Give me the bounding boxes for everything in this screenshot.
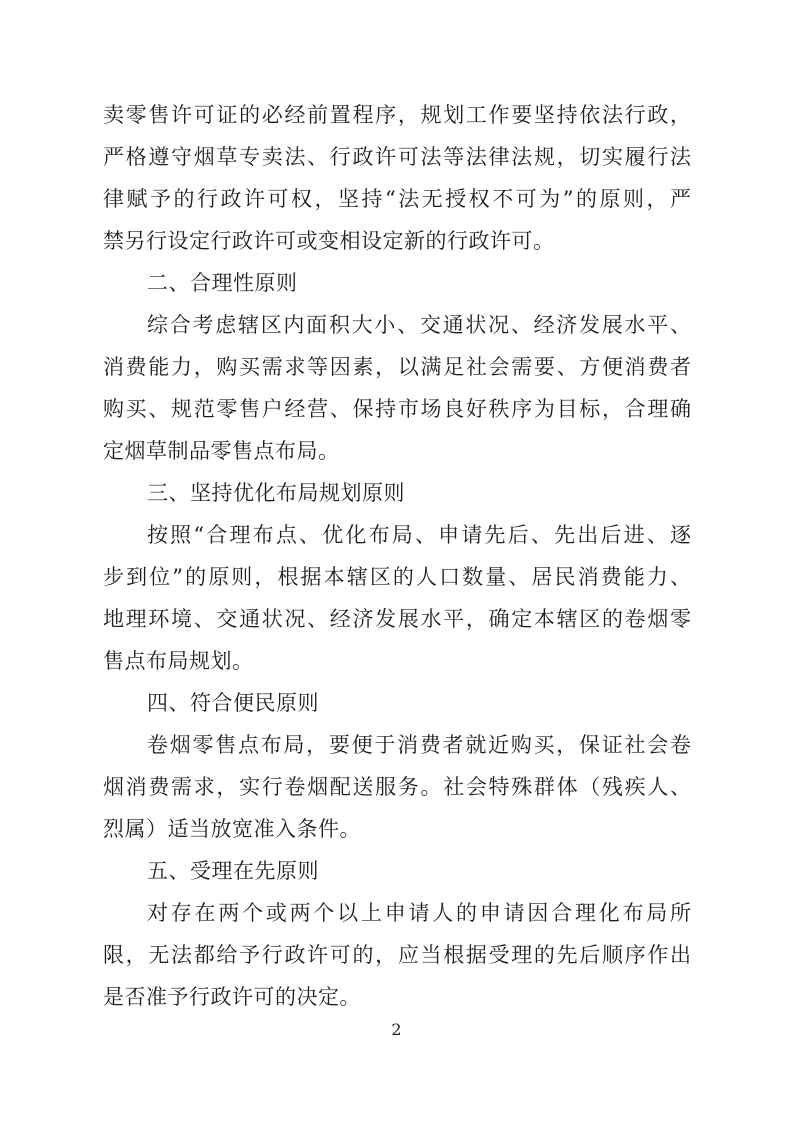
paragraph-line: 消费能力，购买需求等因素，以满足社会需要、方便消费者: [103, 346, 691, 388]
paragraph-line: 购买、规范零售户经营、保持市场良好秩序为目标，合理确: [103, 388, 691, 430]
paragraph-line: 是否准予行政许可的决定。: [103, 976, 691, 1018]
paragraph-line: 烟消费需求，实行卷烟配送服务。社会特殊群体（残疾人、: [103, 766, 691, 808]
document-page: 卖零售许可证的必经前置程序，规划工作要坚持依法行政，严格遵守烟草专卖法、行政许可…: [0, 0, 793, 1122]
paragraph-line: 定烟草制品零售点布局。: [103, 430, 691, 472]
paragraph-line: 售点布局规划。: [103, 640, 691, 682]
paragraph-line: 禁另行设定行政许可或变相设定新的行政许可。: [103, 220, 691, 262]
paragraph-line: 卷烟零售点布局，要便于消费者就近购买，保证社会卷: [103, 724, 691, 766]
paragraph-line: 对存在两个或两个以上申请人的申请因合理化布局所: [103, 892, 691, 934]
paragraph-line: 烈属）适当放宽准入条件。: [103, 808, 691, 850]
paragraph-line: 律赋予的行政许可权，坚持“法无授权不可为”的原则，严: [103, 178, 691, 220]
section-heading: 五、受理在先原则: [103, 850, 691, 892]
paragraph-line: 地理环境、交通状况、经济发展水平，确定本辖区的卷烟零: [103, 598, 691, 640]
document-body: 卖零售许可证的必经前置程序，规划工作要坚持依法行政，严格遵守烟草专卖法、行政许可…: [103, 94, 691, 1018]
section-heading: 三、坚持优化布局规划原则: [103, 472, 691, 514]
paragraph-line: 综合考虑辖区内面积大小、交通状况、经济发展水平、: [103, 304, 691, 346]
paragraph-line: 步到位”的原则，根据本辖区的人口数量、居民消费能力、: [103, 556, 691, 598]
page-number: 2: [0, 1019, 793, 1041]
paragraph-line: 限，无法都给予行政许可的，应当根据受理的先后顺序作出: [103, 934, 691, 976]
paragraph-line: 严格遵守烟草专卖法、行政许可法等法律法规，切实履行法: [103, 136, 691, 178]
paragraph-line: 按照“合理布点、优化布局、申请先后、先出后进、逐: [103, 514, 691, 556]
section-heading: 二、合理性原则: [103, 262, 691, 304]
section-heading: 四、符合便民原则: [103, 682, 691, 724]
paragraph-line: 卖零售许可证的必经前置程序，规划工作要坚持依法行政，: [103, 94, 691, 136]
